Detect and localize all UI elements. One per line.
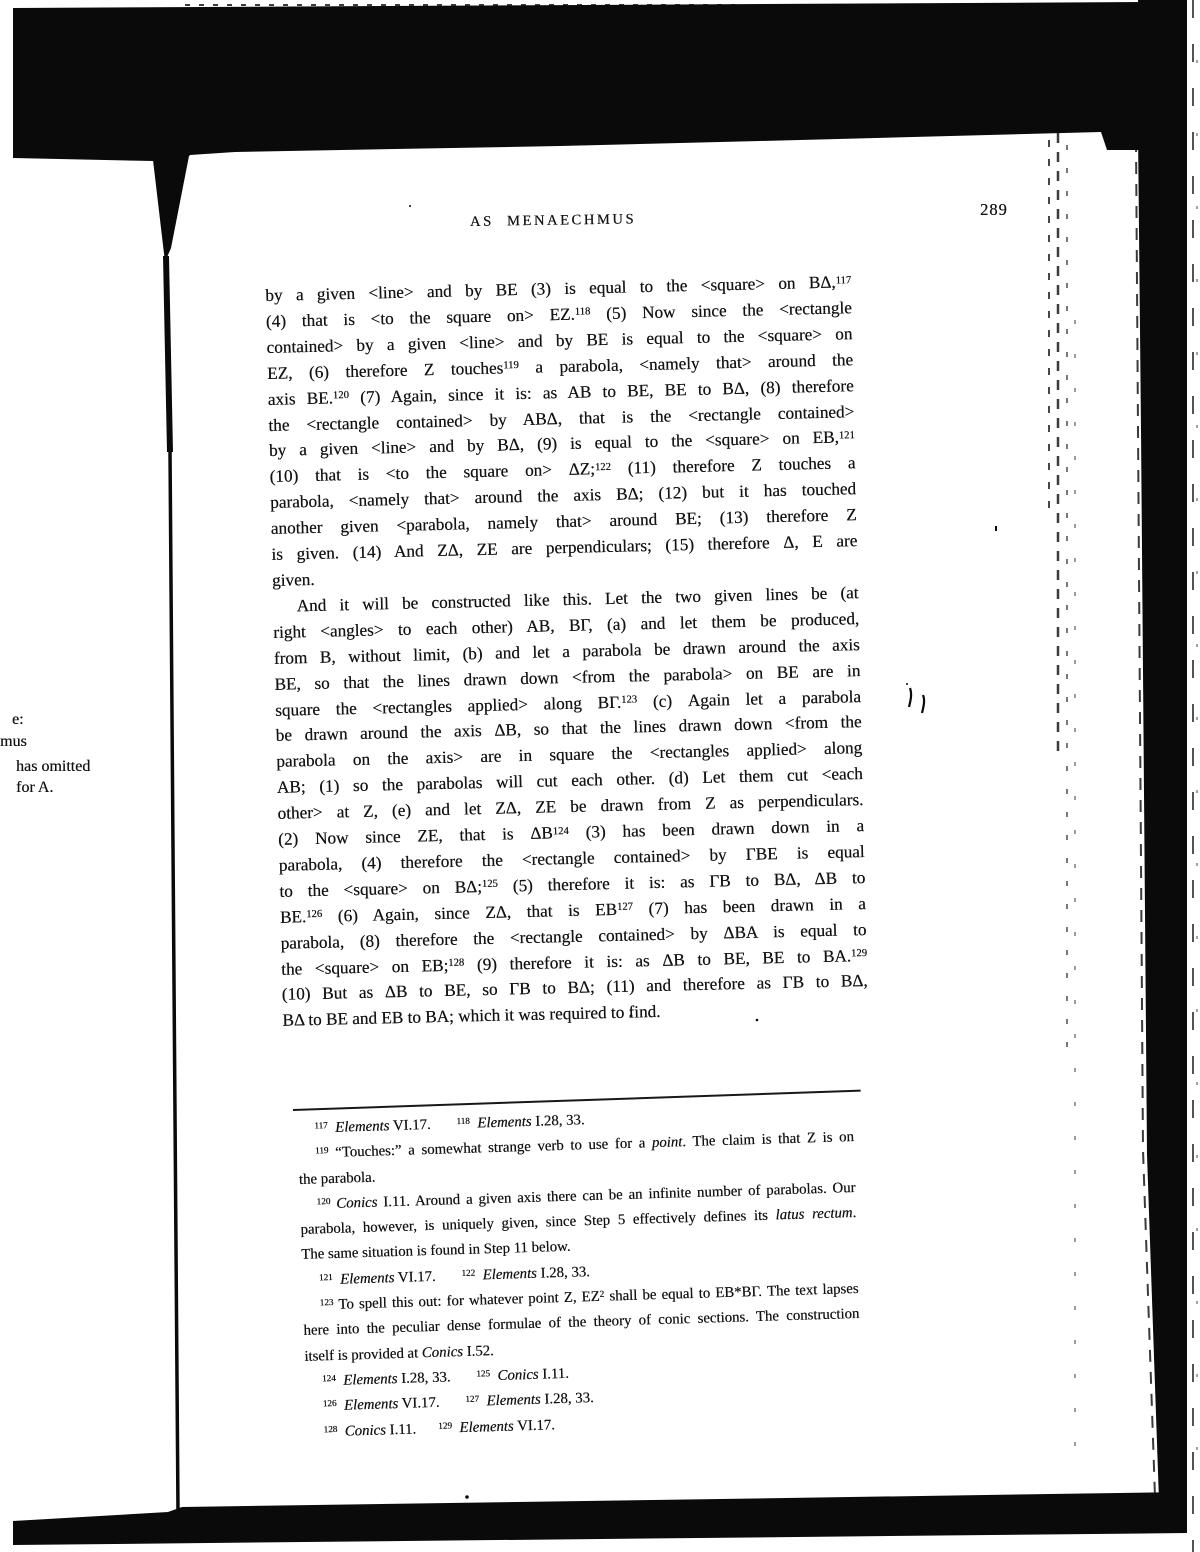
text-segment: I.28, 33. bbox=[397, 1369, 476, 1387]
footnote-marker: 125 bbox=[482, 879, 498, 890]
footnote-marker: 123 bbox=[621, 694, 637, 705]
facing-page-fragment: for A. bbox=[16, 779, 53, 797]
footnote-marker: 123 bbox=[320, 1297, 334, 1307]
text-segment: Conics bbox=[422, 1344, 464, 1361]
text-segment: axis BE. bbox=[268, 388, 334, 409]
facing-page-fragment: e: bbox=[12, 711, 24, 729]
text-segment: itself is provided at bbox=[304, 1345, 422, 1365]
text-segment: given. bbox=[272, 570, 315, 590]
text-segment: “Touches:” a somewhat strange verb to us… bbox=[328, 1135, 652, 1161]
text-segment: (6) Again, since ZΔ, that is EB bbox=[322, 900, 617, 926]
footnote-marker: 119 bbox=[503, 360, 519, 371]
text-segment: (5) Now since the <rectangle bbox=[590, 298, 852, 323]
text-segment: latus rectum bbox=[775, 1205, 852, 1223]
text-segment: a parabola, <namely that> around the bbox=[519, 350, 854, 377]
text-segment: Conics bbox=[497, 1367, 539, 1384]
text-segment: To spell this out: for whatever point Z,… bbox=[333, 1289, 600, 1313]
text-segment: (10) that is <to the square on> ΔZ; bbox=[269, 460, 595, 487]
text-segment: The same situation is found in Step 11 b… bbox=[301, 1239, 571, 1263]
text-segment: I.11. bbox=[386, 1420, 439, 1438]
text-segment: (3) has been drawn down in a bbox=[569, 816, 865, 842]
text-segment: square the <rectangles applied> along BΓ… bbox=[275, 692, 621, 719]
footnote-marker: 117 bbox=[314, 1120, 328, 1130]
footnote-marker: 119 bbox=[315, 1146, 329, 1156]
footnote-marker: 121 bbox=[839, 430, 855, 441]
spine-line-thick bbox=[166, 256, 170, 452]
text-segment: (11) therefore Z touches a bbox=[611, 453, 856, 478]
facing-page-fragment: has omitted bbox=[16, 758, 90, 776]
footnote-marker: 124 bbox=[322, 1373, 336, 1383]
footnote-marker: 124 bbox=[553, 826, 569, 837]
footnote-marker: 127 bbox=[465, 1394, 479, 1404]
footnote-marker: 2 bbox=[599, 1289, 604, 1299]
text-segment: I.28, 33. bbox=[537, 1264, 590, 1282]
text-segment: Elements bbox=[482, 1266, 537, 1284]
text-segment: BΔ to BE and EB to BA; which it was requ… bbox=[282, 1002, 661, 1030]
footnote-marker: 125 bbox=[476, 1368, 490, 1378]
text-segment: point bbox=[652, 1135, 683, 1152]
text-segment: Elements bbox=[340, 1270, 395, 1288]
text-segment: VI.17. bbox=[389, 1116, 457, 1134]
text-segment: VI.17. bbox=[398, 1394, 466, 1412]
footnote-marker: 128 bbox=[323, 1424, 337, 1434]
page-number: 289 bbox=[980, 200, 1008, 220]
text-segment: the parabola. bbox=[299, 1169, 376, 1187]
text-segment: VI.17. bbox=[394, 1268, 462, 1286]
footnote-marker: 120 bbox=[316, 1196, 330, 1206]
footnote-marker: 120 bbox=[333, 390, 349, 401]
footnote-marker: 129 bbox=[438, 1420, 452, 1430]
scanned-book-page: AS MENAECHMUS 289 by a given <line> and … bbox=[0, 0, 1200, 1552]
footnote-marker: 129 bbox=[851, 948, 867, 959]
text-segment: Elements bbox=[343, 1371, 398, 1389]
running-header: AS MENAECHMUS bbox=[470, 211, 636, 231]
text-segment: VI.17. bbox=[513, 1417, 555, 1434]
margin-mark bbox=[909, 688, 911, 707]
footnote-marker: 118 bbox=[575, 307, 591, 318]
scan-speck bbox=[906, 683, 908, 685]
text-segment: I.28, 33. bbox=[540, 1390, 593, 1408]
facing-page-fragment: mus bbox=[0, 733, 27, 751]
spine-line bbox=[170, 450, 178, 1512]
text-segment: (7) has been drawn in a bbox=[633, 894, 866, 918]
bottom-black-bar bbox=[13, 1492, 1187, 1545]
text-segment: I.28, 33. bbox=[531, 1112, 584, 1130]
book-edge-diagonal bbox=[1136, 140, 1155, 1497]
right-black-band bbox=[1138, 0, 1187, 1518]
footnote-marker: 121 bbox=[319, 1272, 333, 1282]
text-segment: Conics bbox=[336, 1194, 378, 1211]
text-segment: to the <square> on BΔ; bbox=[279, 877, 482, 901]
spine-wedge bbox=[153, 156, 189, 262]
text-segment: I.11. bbox=[538, 1366, 569, 1383]
footnotes: 117 Elements VI.17. 118 Elements I.28, 3… bbox=[297, 1100, 863, 1446]
footnote-marker: 122 bbox=[461, 1268, 475, 1278]
footnote-marker: 122 bbox=[595, 462, 611, 473]
footnote-marker: 127 bbox=[617, 902, 633, 913]
footnote-marker: 118 bbox=[456, 1116, 470, 1126]
text-segment: Elements bbox=[335, 1118, 390, 1136]
body-text: by a given <line> and by BE (3) is equal… bbox=[265, 269, 869, 1034]
scan-speck bbox=[465, 1495, 469, 1499]
scan-speck bbox=[995, 526, 997, 531]
footnote-marker: 126 bbox=[323, 1398, 337, 1408]
text-segment: EZ, (6) therefore Z touches bbox=[267, 358, 504, 383]
text-segment: BE. bbox=[280, 907, 307, 927]
text-segment: Conics bbox=[345, 1422, 387, 1439]
text-segment: (2) Now since ZE, that is ΔB bbox=[278, 823, 553, 848]
text-segment: Elements bbox=[477, 1114, 532, 1132]
footnote-marker: 117 bbox=[835, 275, 851, 286]
text-segment: Elements bbox=[486, 1392, 541, 1410]
text-segment: shall be equal to EB*BΓ. The text lapses bbox=[604, 1281, 859, 1305]
top-black-band bbox=[13, 2, 1150, 179]
text-segment: Elements bbox=[344, 1396, 399, 1414]
footnote-marker: 128 bbox=[448, 958, 464, 969]
text-segment: the <square> on EB; bbox=[281, 955, 449, 978]
text-segment: I.52. bbox=[463, 1343, 494, 1360]
margin-mark bbox=[922, 695, 924, 713]
text-segment: (4) that is <to the square on> EZ. bbox=[266, 305, 575, 331]
text-segment: . bbox=[852, 1205, 856, 1221]
text-segment: (c) Again let a parabola bbox=[637, 687, 861, 711]
text-segment: . The claim is that Z is on bbox=[682, 1129, 854, 1150]
footnote-marker: 126 bbox=[306, 909, 322, 920]
scan-speck bbox=[409, 205, 411, 207]
text-segment: Elements bbox=[459, 1418, 514, 1436]
